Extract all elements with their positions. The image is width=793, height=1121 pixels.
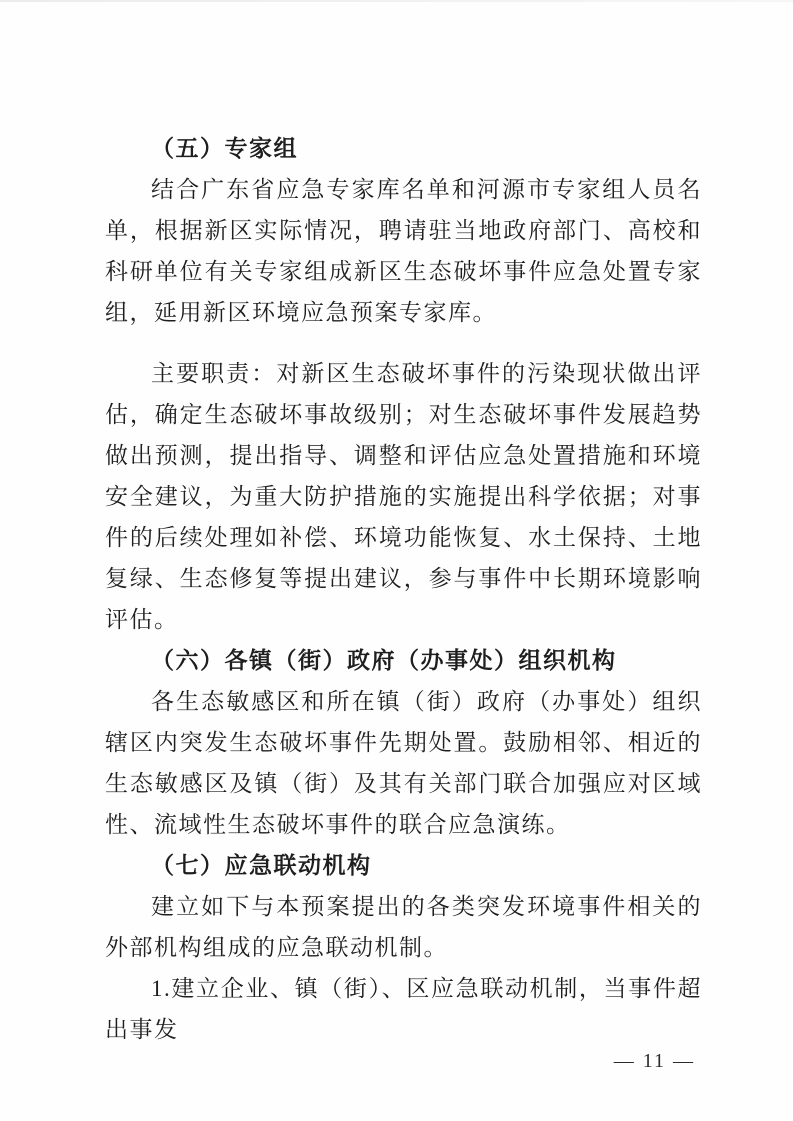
- paragraph-expert-group-formation: 结合广东省应急专家库名单和河源市专家组人员名单，根据新区实际情况，聘请驻当地政府…: [105, 169, 702, 333]
- document-page: （五）专家组 结合广东省应急专家库名单和河源市专家组人员名单，根据新区实际情况，…: [0, 0, 793, 1121]
- paragraph-linkage-item-1: 1.建立企业、镇（街）、区应急联动机制，当事件超出事发: [105, 968, 702, 1050]
- page-number: — 11 —: [614, 1050, 695, 1072]
- section-heading-expert-group: （五）专家组: [105, 128, 702, 169]
- scan-artifact-line: [0, 0, 793, 2]
- section-heading-town-government: （六）各镇（街）政府（办事处）组织机构: [105, 640, 702, 681]
- paragraph-emergency-linkage-intro: 建立如下与本预案提出的各类突发环境事件相关的外部机构组成的应急联动机制。: [105, 886, 702, 968]
- page-footer: — 11 —: [614, 1050, 695, 1073]
- paragraph-town-government-duties: 各生态敏感区和所在镇（街）政府（办事处）组织辖区内突发生态破坏事件先期处置。鼓励…: [105, 681, 702, 845]
- section-heading-emergency-linkage: （七）应急联动机构: [105, 845, 702, 886]
- document-content: （五）专家组 结合广东省应急专家库名单和河源市专家组人员名单，根据新区实际情况，…: [105, 128, 702, 1050]
- paragraph-expert-group-duties: 主要职责：对新区生态破坏事件的污染现状做出评估，确定生态破坏事故级别；对生态破坏…: [105, 353, 702, 640]
